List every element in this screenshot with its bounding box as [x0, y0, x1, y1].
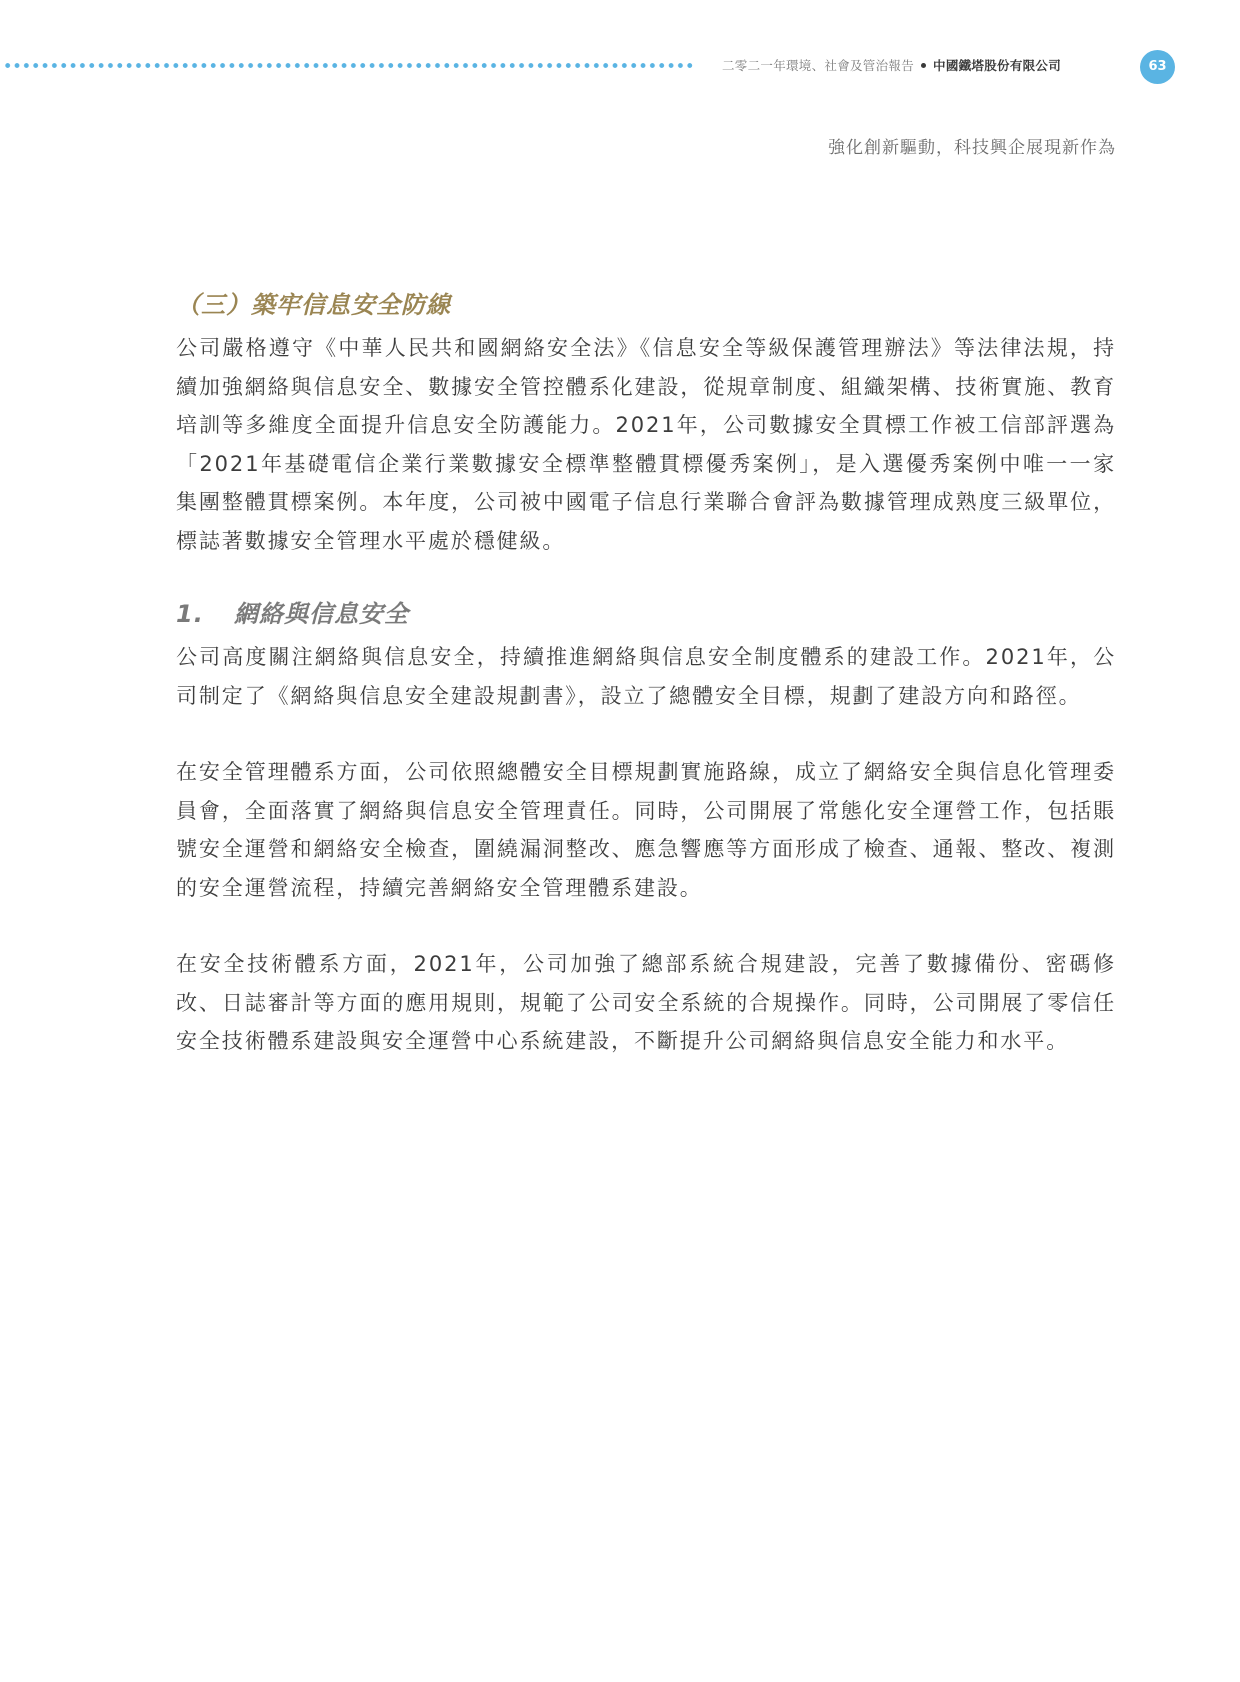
- subsection-number: 1.: [176, 596, 234, 632]
- body-paragraph: 公司高度關注網絡與信息安全，持續推進網絡與信息安全制度體系的建設工作。2021年…: [176, 638, 1116, 715]
- main-content: （三）築牢信息安全防線 公司嚴格遵守《中華人民共和國網絡安全法》《信息安全等級保…: [176, 287, 1116, 1061]
- spacer: [176, 560, 1116, 596]
- body-paragraph: 在安全技術體系方面，2021年，公司加強了總部系統合規建設，完善了數據備份、密碼…: [176, 945, 1116, 1061]
- company-name: 中國鐵塔股份有限公司: [933, 58, 1061, 73]
- spacer: [176, 715, 1116, 753]
- dotted-divider: [3, 63, 695, 68]
- spacer: [176, 907, 1116, 945]
- section-heading: （三）築牢信息安全防線: [176, 287, 1116, 323]
- page-number-badge: 63: [1140, 50, 1175, 84]
- running-header: 二零二一年環境、社會及管治報告中國鐵塔股份有限公司: [722, 56, 1061, 76]
- body-paragraph: 在安全管理體系方面，公司依照總體安全目標規劃實施路線，成立了網絡安全與信息化管理…: [176, 753, 1116, 907]
- subsection-heading: 1.網絡與信息安全: [176, 596, 1116, 632]
- chapter-title: 強化創新驅動，科技興企展現新作為: [828, 133, 1116, 158]
- report-title: 二零二一年環境、社會及管治報告: [722, 58, 914, 73]
- bullet-separator-icon: [921, 63, 926, 68]
- subsection-title: 網絡與信息安全: [234, 600, 409, 628]
- section-intro-paragraph: 公司嚴格遵守《中華人民共和國網絡安全法》《信息安全等級保護管理辦法》等法律法規，…: [176, 329, 1116, 560]
